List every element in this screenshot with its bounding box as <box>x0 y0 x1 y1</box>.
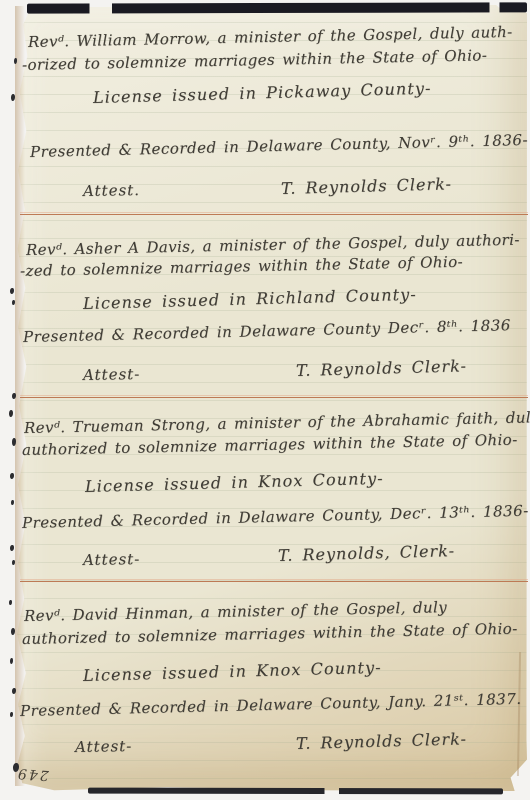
torn-edge-speck <box>10 712 13 717</box>
torn-edge-speck <box>10 473 14 479</box>
torn-edge-speck <box>9 410 13 417</box>
torn-edge-speck <box>12 688 16 694</box>
torn-edge-speck <box>11 94 15 101</box>
attest-label: Attest. <box>83 181 140 200</box>
torn-edge-speck <box>11 500 14 505</box>
torn-edge-speck <box>14 58 17 64</box>
attest-label: Attest- <box>83 550 141 569</box>
torn-edge-speck <box>10 288 14 294</box>
binding-edge-top <box>27 2 527 13</box>
torn-edge-speck <box>10 545 14 551</box>
attest-label: Attest- <box>83 365 141 384</box>
torn-edge-speck <box>10 658 13 664</box>
section-divider <box>20 581 528 582</box>
attest-label: Attest- <box>75 737 133 756</box>
scanned-document-page: Revᵈ. William Morrow, a minister of the … <box>0 0 530 800</box>
torn-edge-speck <box>9 600 12 605</box>
torn-edge-speck <box>12 300 15 305</box>
section-divider <box>20 397 528 398</box>
page-number: 249 <box>15 765 49 783</box>
torn-edge-speck <box>12 560 15 565</box>
book-edge-bottom <box>88 788 503 795</box>
torn-edge-speck <box>12 438 16 446</box>
torn-edge-speck <box>11 628 15 635</box>
torn-edge-speck <box>12 393 16 399</box>
section-divider <box>20 214 528 215</box>
